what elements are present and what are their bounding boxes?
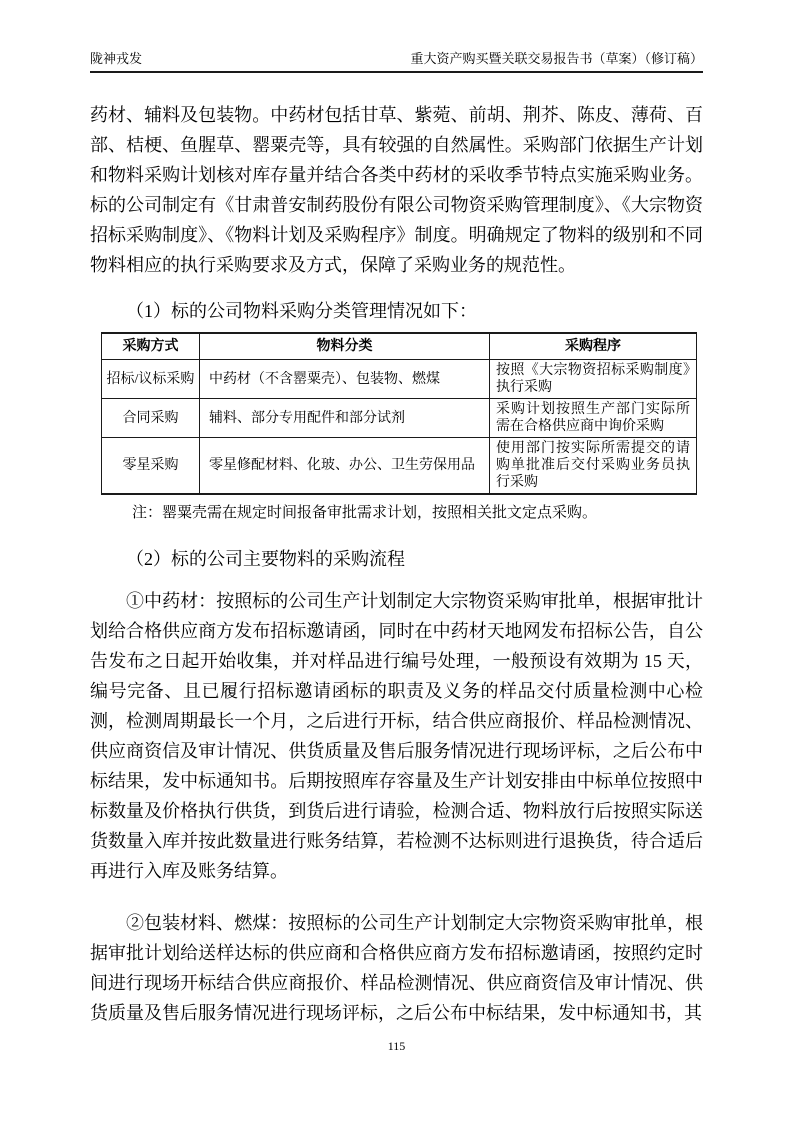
header-report-title: 重大资产购买暨关联交易报告书（草案）（修订稿） <box>410 50 703 68</box>
heading-procurement-process: （2）标的公司主要物料的采购流程 <box>90 544 703 574</box>
column-header-method: 采购方式 <box>102 333 200 360</box>
column-header-procedure: 采购程序 <box>490 333 697 360</box>
paragraph-materials-intro: 药材、辅料及包装物。中药材包括甘草、紫菀、前胡、荆芥、陈皮、薄荷、百部、桔梗、鱼… <box>90 100 703 280</box>
table-cell-method: 合同采购 <box>102 399 200 438</box>
table-header-row: 采购方式 物料分类 采购程序 <box>102 333 697 360</box>
procurement-table: 采购方式 物料分类 采购程序 招标/议标采购 中药材（不含罂粟壳）、包装物、燃煤… <box>101 332 697 495</box>
page-content: 药材、辅料及包装物。中药材包括甘草、紫菀、前胡、荆芥、陈皮、薄荷、百部、桔梗、鱼… <box>90 100 703 1028</box>
running-header: 陇神戎发 重大资产购买暨关联交易报告书（草案）（修订稿） <box>90 0 703 73</box>
table-cell-method: 招标/议标采购 <box>102 360 200 399</box>
table-row: 零星采购 零星修配材料、化玻、办公、卫生劳保用品 使用部门按实际所需提交的请购单… <box>102 438 697 495</box>
table-cell-category: 辅料、部分专用配件和部分试剂 <box>200 399 490 438</box>
table-cell-method: 零星采购 <box>102 438 200 495</box>
table-cell-procedure: 采购计划按照生产部门实际所需在合格供应商中询价采购 <box>490 399 697 438</box>
header-company-name: 陇神戎发 <box>90 50 142 68</box>
running-header-row: 陇神戎发 重大资产购买暨关联交易报告书（草案）（修订稿） <box>90 50 703 73</box>
table-cell-category: 零星修配材料、化玻、办公、卫生劳保用品 <box>200 438 490 495</box>
page-footer: 115 <box>0 1038 793 1054</box>
table-footnote: 注：罂粟壳需在规定时间报备审批需求计划，按照相关批文定点采购。 <box>90 503 703 524</box>
page-number: 115 <box>388 1039 406 1053</box>
paragraph-packaging-fuel-procurement: ②包装材料、燃煤：按照标的公司生产计划制定大宗物资采购审批单，根据审批计划给送样… <box>90 908 703 1028</box>
table-row: 合同采购 辅料、部分专用配件和部分试剂 采购计划按照生产部门实际所需在合格供应商… <box>102 399 697 438</box>
table-row: 招标/议标采购 中药材（不含罂粟壳）、包装物、燃煤 按照《大宗物资招标采购制度》… <box>102 360 697 399</box>
document-page: 陇神戎发 重大资产购买暨关联交易报告书（草案）（修订稿） 药材、辅料及包装物。中… <box>0 0 793 1122</box>
heading-classification: （1）标的公司物料采购分类管理情况如下： <box>90 296 703 326</box>
table-cell-procedure: 按照《大宗物资招标采购制度》执行采购 <box>490 360 697 399</box>
table-cell-procedure: 使用部门按实际所需提交的请购单批准后交付采购业务员执行采购 <box>490 438 697 495</box>
column-header-category: 物料分类 <box>200 333 490 360</box>
paragraph-herb-procurement: ①中药材：按照标的公司生产计划制定大宗物资采购审批单，根据审批计划给合格供应商方… <box>90 586 703 886</box>
table-cell-category: 中药材（不含罂粟壳）、包装物、燃煤 <box>200 360 490 399</box>
